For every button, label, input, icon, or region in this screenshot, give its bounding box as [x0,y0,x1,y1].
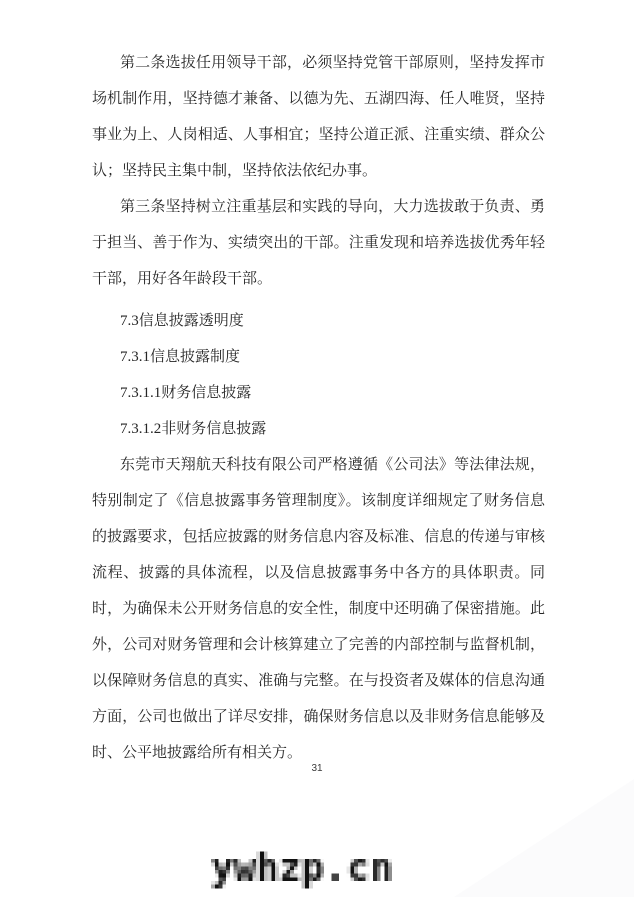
heading-7-3-1: 7.3.1信息披露制度 [92,339,545,375]
heading-7-3-1-2: 7.3.1.2非财务信息披露 [92,411,545,447]
document-page: 第二条选拔任用领导干部，必须坚持党管干部原则，坚持发挥市场机制作用，坚持德才兼备… [0,0,634,897]
page-content: 第二条选拔任用领导干部，必须坚持党管干部原则，坚持发挥市场机制作用，坚持德才兼备… [92,45,545,771]
watermark-logo [211,848,407,892]
paragraph-article-3: 第三条坚持树立注重基层和实践的导向，大力选拔敢于负责、勇于担当、善于作为、实绩突… [92,189,545,297]
corner-shade [454,779,634,897]
paragraph-article-2: 第二条选拔任用领导干部，必须坚持党管干部原则，坚持发挥市场机制作用，坚持德才兼备… [92,45,545,189]
page-number: 31 [0,763,634,774]
heading-7-3-1-1: 7.3.1.1财务信息披露 [92,375,545,411]
heading-7-3: 7.3信息披露透明度 [92,303,545,339]
paragraph-disclosure: 东莞市天翔航天科技有限公司严格遵循《公司法》等法律法规，特别制定了《信息披露事务… [92,447,545,771]
